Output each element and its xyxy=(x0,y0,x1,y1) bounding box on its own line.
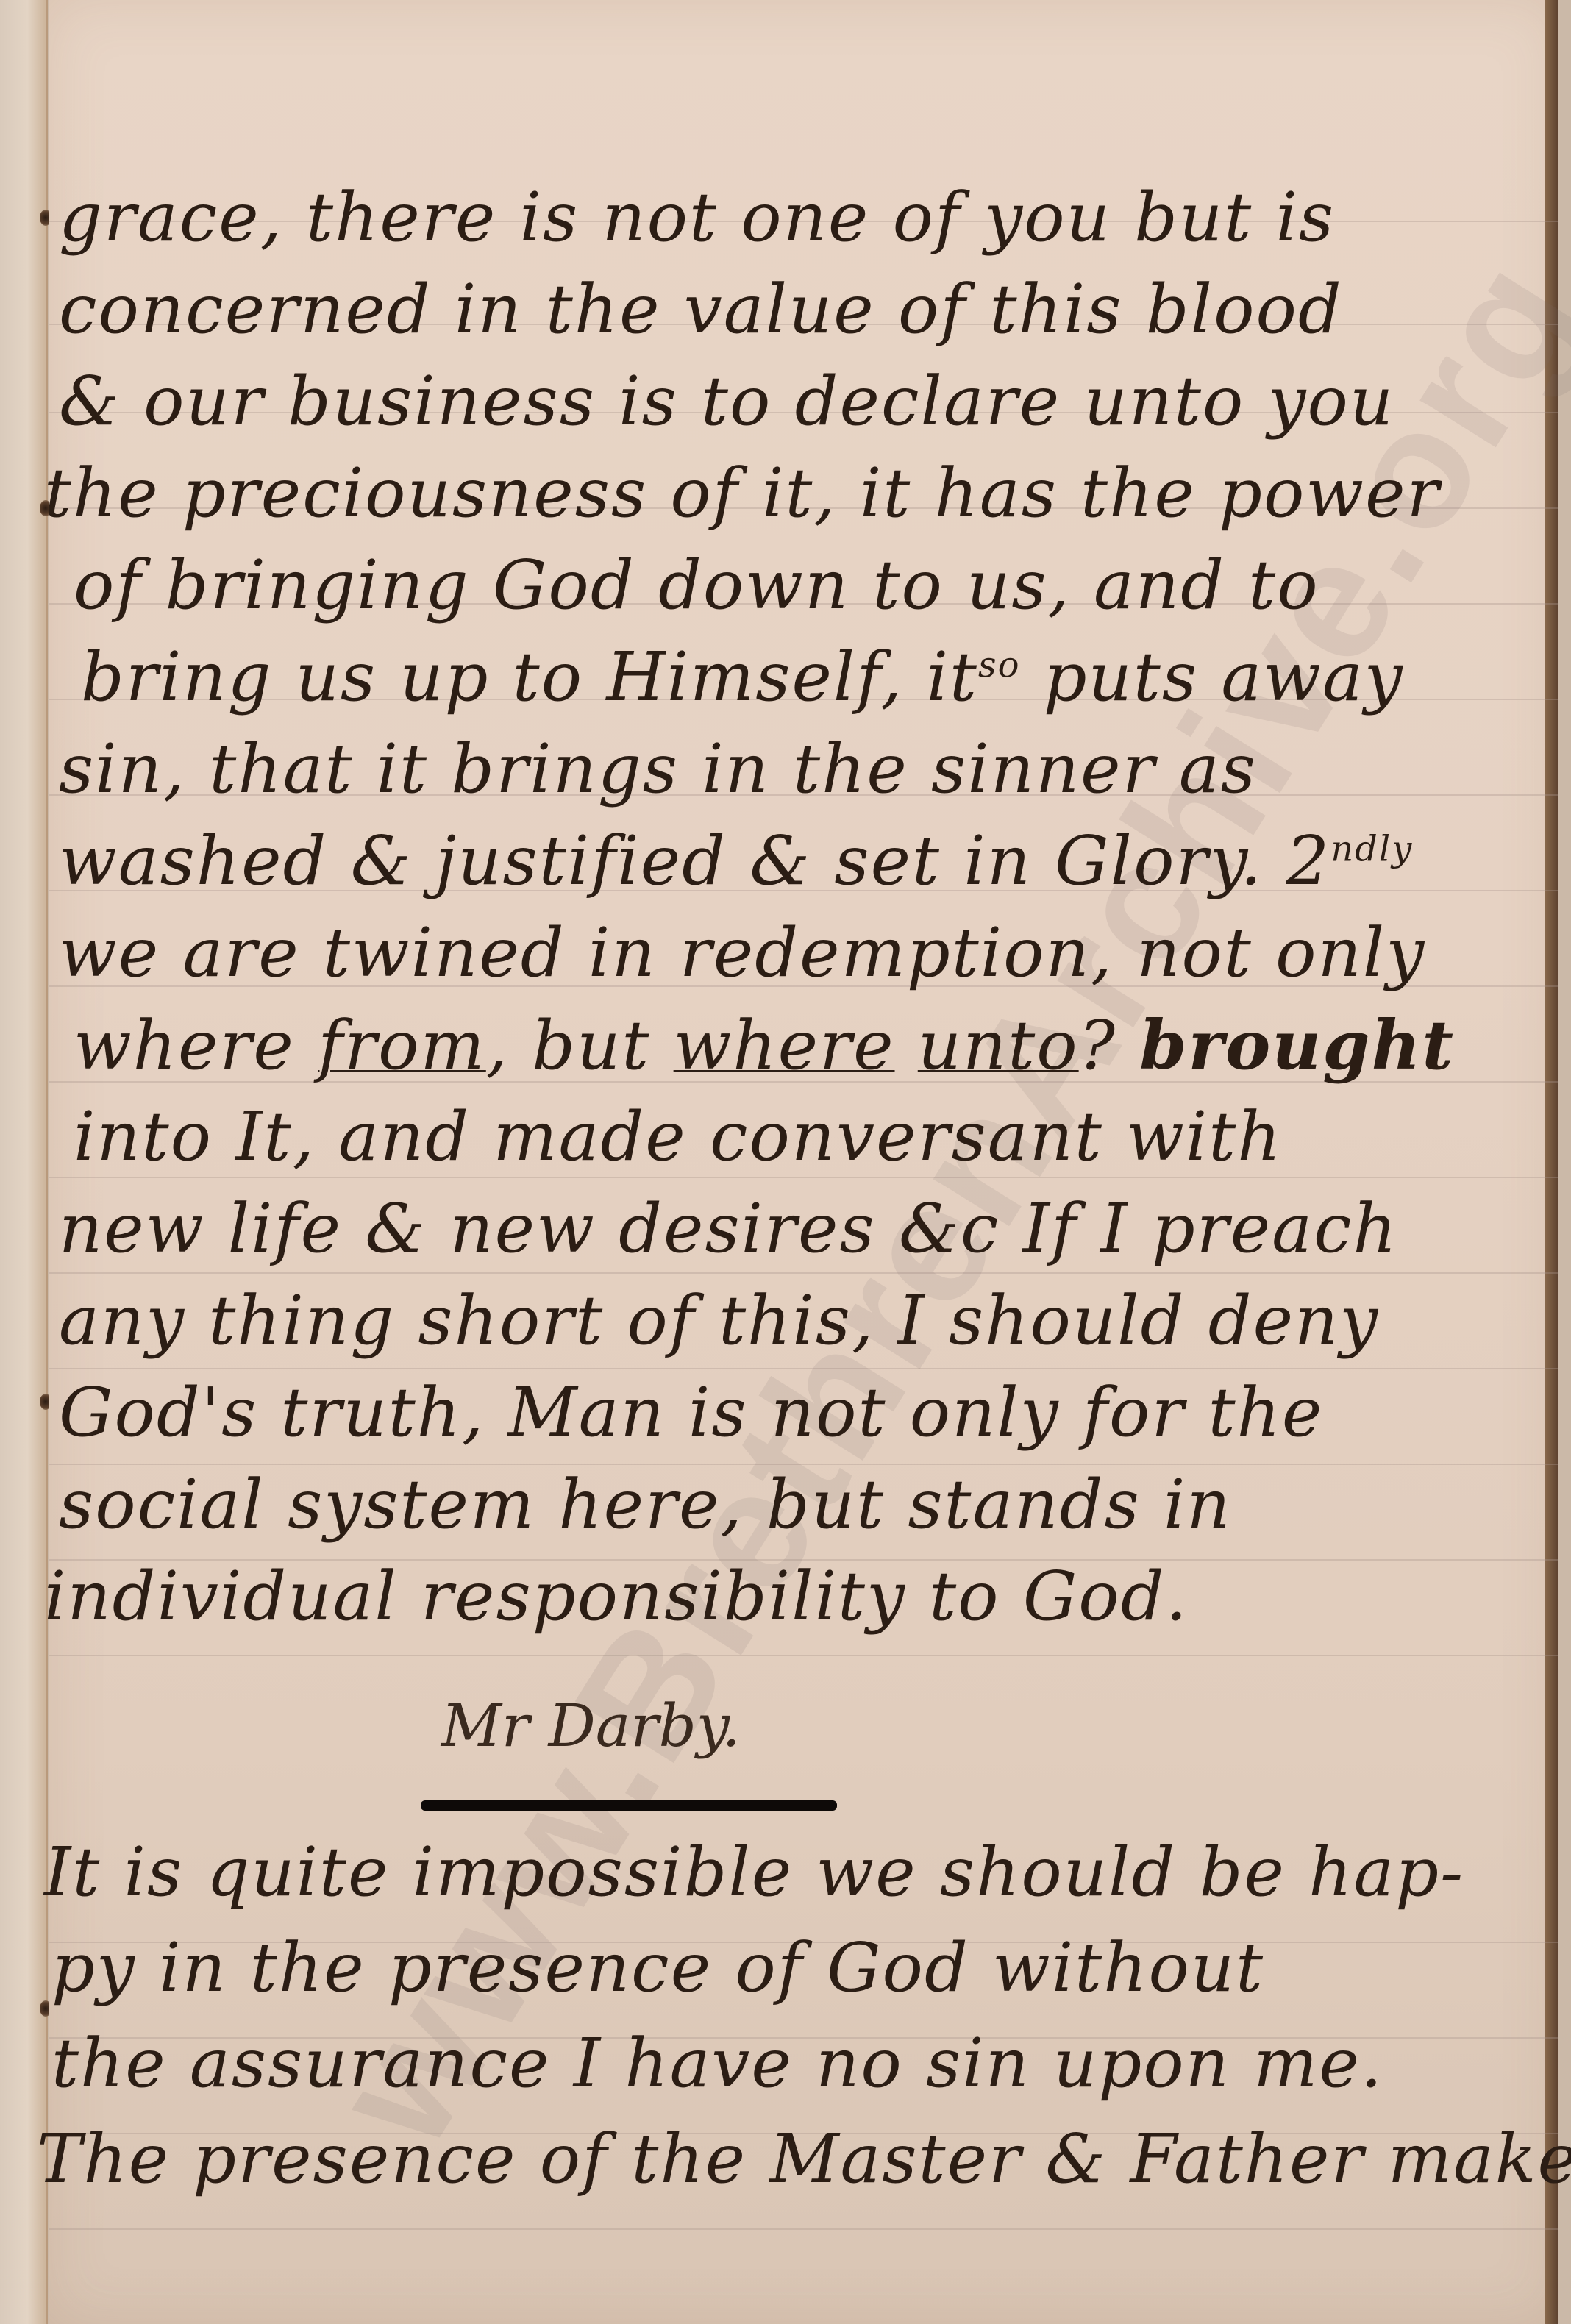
text-line: sin, that it brings in the sinner as xyxy=(59,735,1257,803)
text-segment: bring us up to Himself, it xyxy=(81,638,978,716)
text-segment: puts away xyxy=(1021,638,1404,716)
text-line: the assurance I have no sin upon me. xyxy=(51,2030,1383,2097)
text-segment xyxy=(895,1006,918,1085)
text-line: concerned in the value of this blood xyxy=(59,276,1343,343)
text-line: washed & justified & set in Glory. 2ndly xyxy=(59,827,1413,895)
text-line: grace, there is not one of you but is xyxy=(59,184,1335,252)
ruled-line xyxy=(49,1177,1558,1178)
text-line: social system here, but stands in xyxy=(59,1471,1232,1539)
text-segment: ? xyxy=(1079,1006,1140,1085)
bold-word: brought xyxy=(1139,1005,1455,1085)
facing-page-edge xyxy=(0,0,48,2324)
underlined-word: from xyxy=(318,1006,486,1085)
text-segment: where xyxy=(74,1006,318,1085)
text-line: bring us up to Himself, itso puts away xyxy=(81,644,1404,711)
text-line: & our business is to declare unto you xyxy=(59,368,1394,435)
page-edge-right xyxy=(1545,0,1558,2324)
text-line: individual responsibility to God. xyxy=(44,1563,1189,1630)
text-line: God's truth, Man is not only for the xyxy=(59,1379,1323,1447)
underlined-word: unto xyxy=(918,1006,1079,1085)
ruled-line xyxy=(49,1272,1558,1274)
text-segment: , but xyxy=(486,1006,674,1085)
text-line: py in the presence of God without xyxy=(51,1934,1264,2002)
text-line: the preciousness of it, it has the power xyxy=(44,460,1441,527)
ruled-line xyxy=(49,1368,1558,1369)
text-line: into It, and made conversant with xyxy=(74,1103,1282,1171)
text-line: where from, but where unto? brought xyxy=(74,1011,1455,1080)
text-line: The presence of the Master & Father make… xyxy=(37,2125,1571,2193)
heading-underline xyxy=(421,1800,837,1811)
ruled-line xyxy=(49,1655,1558,1656)
section-heading: Mr Darby. xyxy=(441,1692,741,1760)
text-line: of bringing God down to us, and to xyxy=(74,552,1319,619)
text-line: any thing short of this, I should deny xyxy=(59,1287,1379,1355)
text-segment: washed & justified & set in Glory. 2 xyxy=(59,821,1330,900)
ruled-line xyxy=(49,2228,1558,2230)
superscript-insertion: so xyxy=(978,644,1021,685)
text-line: It is quite impossible we should be hap- xyxy=(44,1839,1464,1906)
superscript-ordinal: ndly xyxy=(1330,828,1413,869)
text-line: we are twined in redemption, not only xyxy=(59,919,1425,987)
text-line: new life & new desires &c If I preach xyxy=(59,1195,1398,1263)
underlined-word: where xyxy=(674,1006,895,1085)
